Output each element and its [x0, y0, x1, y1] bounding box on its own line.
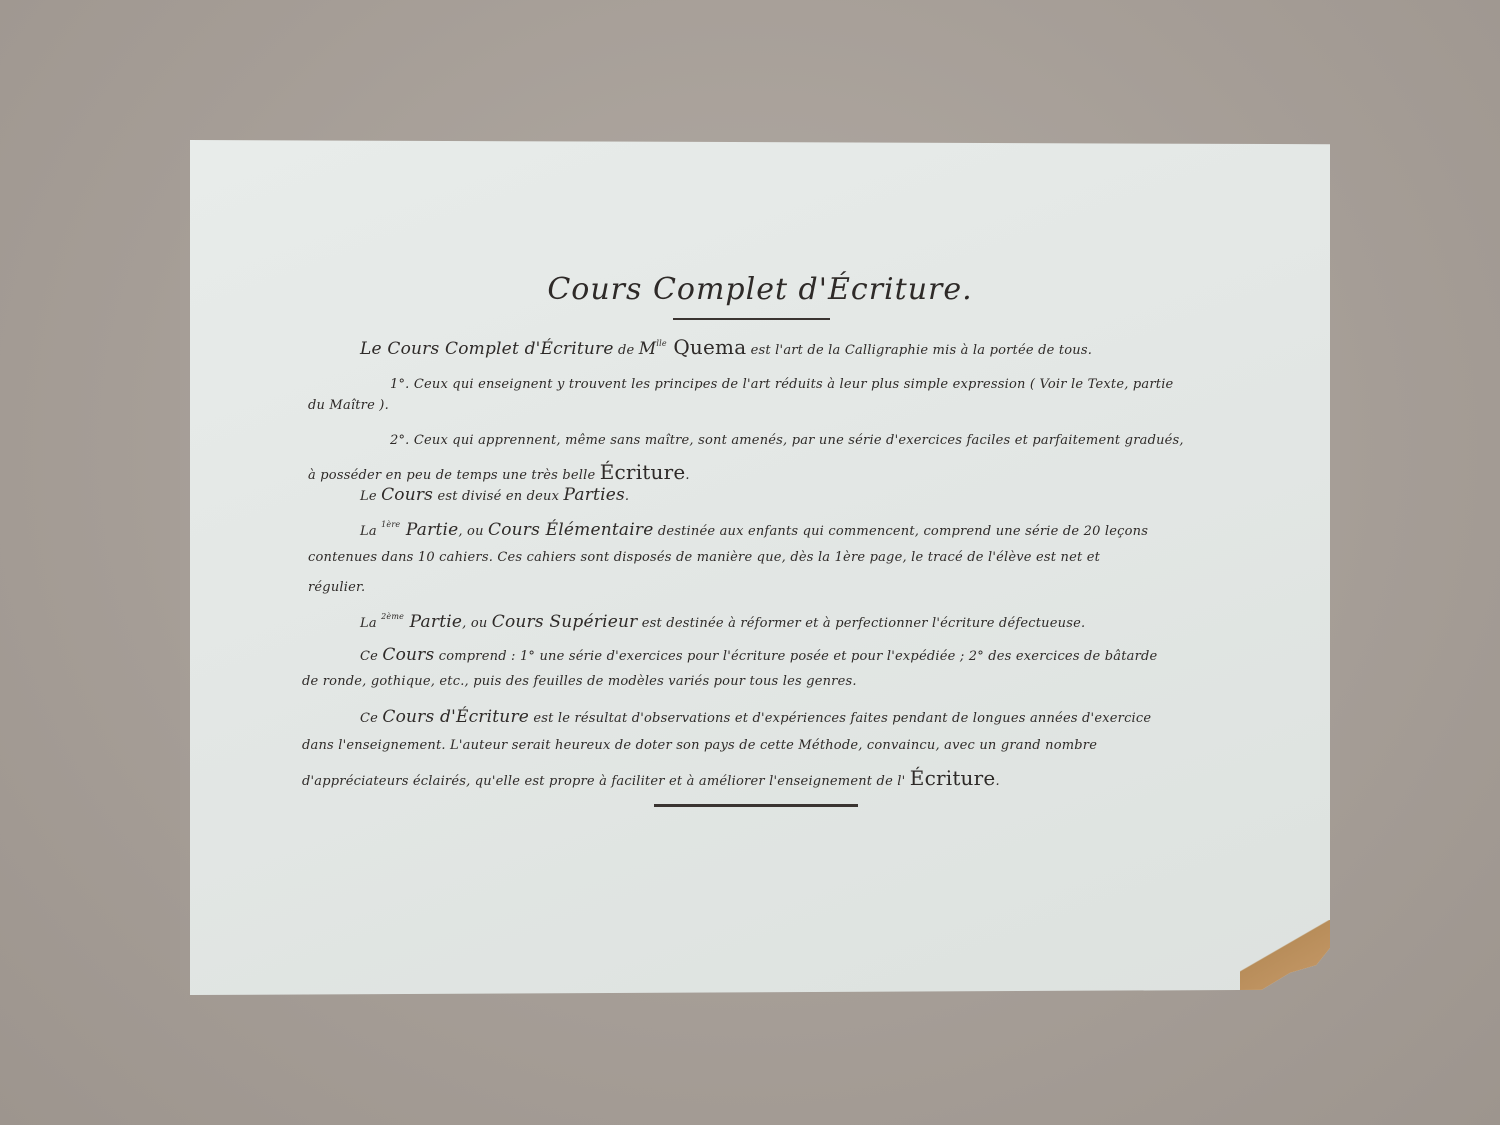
text-line-9: régulier.: [308, 580, 365, 595]
page-title: Cours Complet d'Écriture.: [190, 272, 1330, 307]
title-underline: [673, 318, 830, 320]
text-line-1: Le Cours Complet d'Écriture de Mlle Quem…: [360, 335, 1092, 359]
text-line-10: La 2ème Partie, ou Cours Supérieur est d…: [360, 612, 1085, 632]
text-line-5: à posséder en peu de temps une très bell…: [308, 460, 690, 484]
text-fragment: .: [625, 489, 629, 504]
emphasis-text: Parties: [564, 485, 625, 505]
emphasis-text: Cours Supérieur: [492, 612, 638, 632]
text-line-8: contenues dans 10 cahiers. Ces cahiers s…: [308, 550, 1100, 565]
text-fragment: Ce: [360, 711, 382, 726]
emphasis-text: Cours Complet d'Écriture: [387, 339, 613, 359]
superscript: 2ème: [381, 612, 404, 621]
text-line-4: 2°. Ceux qui apprennent, même sans maîtr…: [390, 433, 1184, 448]
emphasis-text: Cours: [382, 645, 434, 665]
text-fragment: .: [685, 468, 689, 483]
text-line-7: La 1ère Partie, ou Cours Élémentaire des…: [360, 520, 1148, 540]
text-line-11: Ce Cours comprend : 1° une série d'exerc…: [360, 645, 1157, 665]
text-line-13: Ce Cours d'Écriture est le résultat d'ob…: [360, 707, 1151, 727]
text-fragment: Le: [360, 489, 381, 504]
text-fragment: .: [995, 774, 999, 789]
text-fragment: est le résultat d'observations et d'expé…: [529, 711, 1151, 726]
text-line-2: 1°. Ceux qui enseignent y trouvent les p…: [390, 377, 1173, 392]
text-fragment: comprend : 1° une série d'exercices pour…: [434, 649, 1157, 664]
text-fragment: La: [360, 524, 381, 539]
text-fragment: est divisé en deux: [433, 489, 563, 504]
text-fragment: à posséder en peu de temps une très bell…: [308, 468, 600, 483]
superscript: 1ère: [381, 520, 400, 529]
text-fragment: , ou: [458, 524, 488, 539]
document-page: Cours Complet d'Écriture. Le Cours Compl…: [190, 140, 1330, 995]
emphasis-text: Cours Élémentaire: [488, 520, 653, 540]
emphasis-text: Écriture: [600, 460, 686, 484]
author-name: Quema: [667, 335, 747, 359]
text-fragment: La: [360, 616, 381, 631]
closing-rule: [654, 804, 858, 807]
text-fragment: , ou: [462, 616, 492, 631]
text-fragment: destinée aux enfants qui commencent, com…: [653, 524, 1148, 539]
text-fragment: de: [614, 343, 639, 358]
emphasis-text: Cours d'Écriture: [382, 707, 529, 727]
text-line-14: dans l'enseignement. L'auteur serait heu…: [302, 738, 1097, 753]
text-fragment: M: [639, 339, 657, 359]
text-fragment: d'appréciateurs éclairés, qu'elle est pr…: [302, 774, 910, 789]
text-line-15: d'appréciateurs éclairés, qu'elle est pr…: [302, 766, 1000, 790]
emphasis-text: Cours: [381, 485, 433, 505]
emphasis-text: Écriture: [910, 766, 996, 790]
text-fragment: Le: [360, 339, 387, 359]
text-fragment: Ce: [360, 649, 382, 664]
text-line-12: de ronde, gothique, etc., puis des feuil…: [302, 674, 857, 689]
text-fragment: est l'art de la Calligraphie mis à la po…: [746, 343, 1092, 358]
text-line-6: Le Cours est divisé en deux Parties.: [360, 485, 629, 505]
superscript: lle: [656, 339, 666, 348]
text-fragment: est destinée à réformer et à perfectionn…: [637, 616, 1085, 631]
emphasis-text: Partie: [404, 612, 462, 632]
emphasis-text: Partie: [400, 520, 458, 540]
text-line-3: du Maître ).: [308, 398, 389, 413]
